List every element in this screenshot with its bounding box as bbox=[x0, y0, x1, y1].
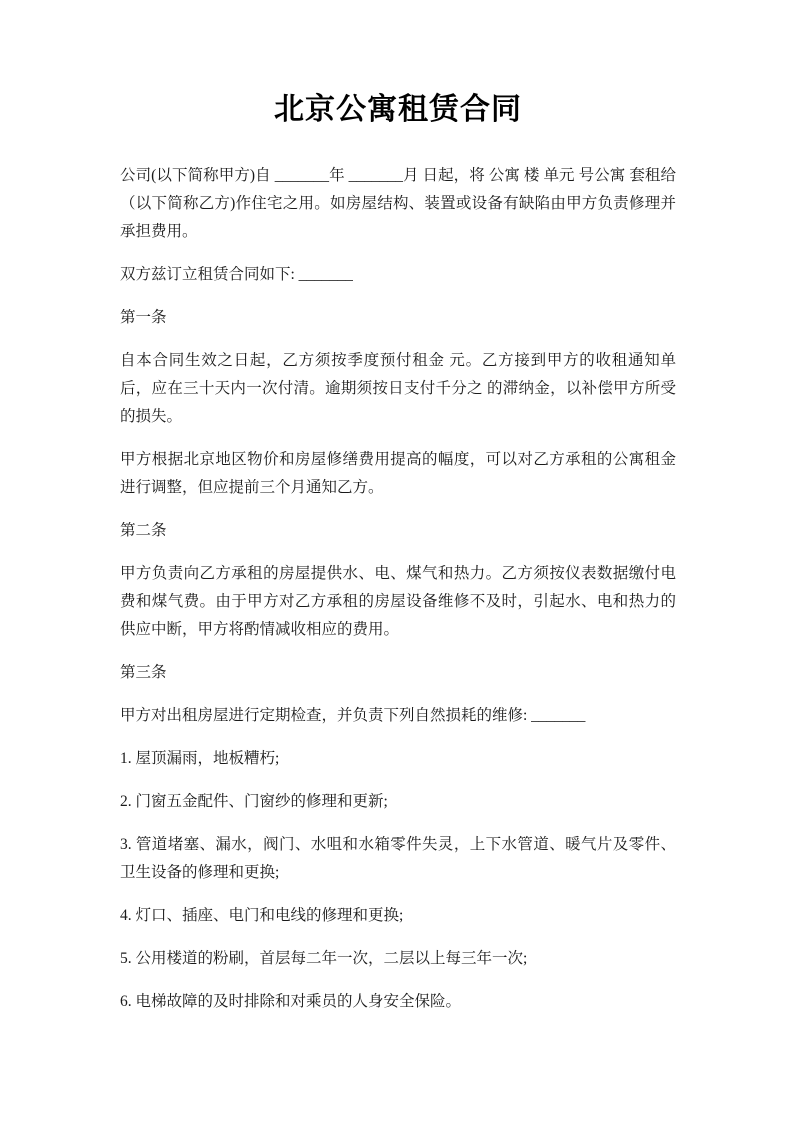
repair-item-5: 5. 公用楼道的粉刷，首层每二年一次，二层以上每三年一次; bbox=[120, 945, 676, 973]
document-title: 北京公寓租赁合同 bbox=[120, 88, 676, 132]
intro-paragraph: 公司(以下简称甲方)自 _______年 _______月 日起，将 公寓 楼 … bbox=[120, 162, 676, 246]
repair-item-3: 3. 管道堵塞、漏水，阀门、水咀和水箱零件失灵，上下水管道、暖气片及零件、卫生设… bbox=[120, 831, 676, 887]
clause-2-paragraph-1: 甲方负责向乙方承租的房屋提供水、电、煤气和热力。乙方须按仪表数据缴付电费和煤气费… bbox=[120, 560, 676, 644]
clause-1-paragraph-2: 甲方根据北京地区物价和房屋修缮费用提高的幅度，可以对乙方承租的公寓租金进行调整，… bbox=[120, 446, 676, 502]
clause-3-lead: 甲方对出租房屋进行定期检查，并负责下列自然损耗的维修: _______ bbox=[120, 702, 676, 730]
clause-3-heading: 第三条 bbox=[120, 659, 676, 687]
repair-item-6: 6. 电梯故障的及时排除和对乘员的人身安全保险。 bbox=[120, 988, 676, 1016]
repair-item-1: 1. 屋顶漏雨，地板糟朽; bbox=[120, 745, 676, 773]
repair-item-4: 4. 灯口、插座、电门和电线的修理和更换; bbox=[120, 902, 676, 930]
clause-1-heading: 第一条 bbox=[120, 304, 676, 332]
clause-1-paragraph-1: 自本合同生效之日起，乙方须按季度预付租金 元。乙方接到甲方的收租通知单后，应在三… bbox=[120, 347, 676, 431]
contract-document-page: 北京公寓租赁合同 公司(以下简称甲方)自 _______年 _______月 日… bbox=[0, 0, 793, 1122]
clause-2-heading: 第二条 bbox=[120, 517, 676, 545]
agreement-line: 双方兹订立租赁合同如下: _______ bbox=[120, 261, 676, 289]
repair-item-2: 2. 门窗五金配件、门窗纱的修理和更新; bbox=[120, 788, 676, 816]
